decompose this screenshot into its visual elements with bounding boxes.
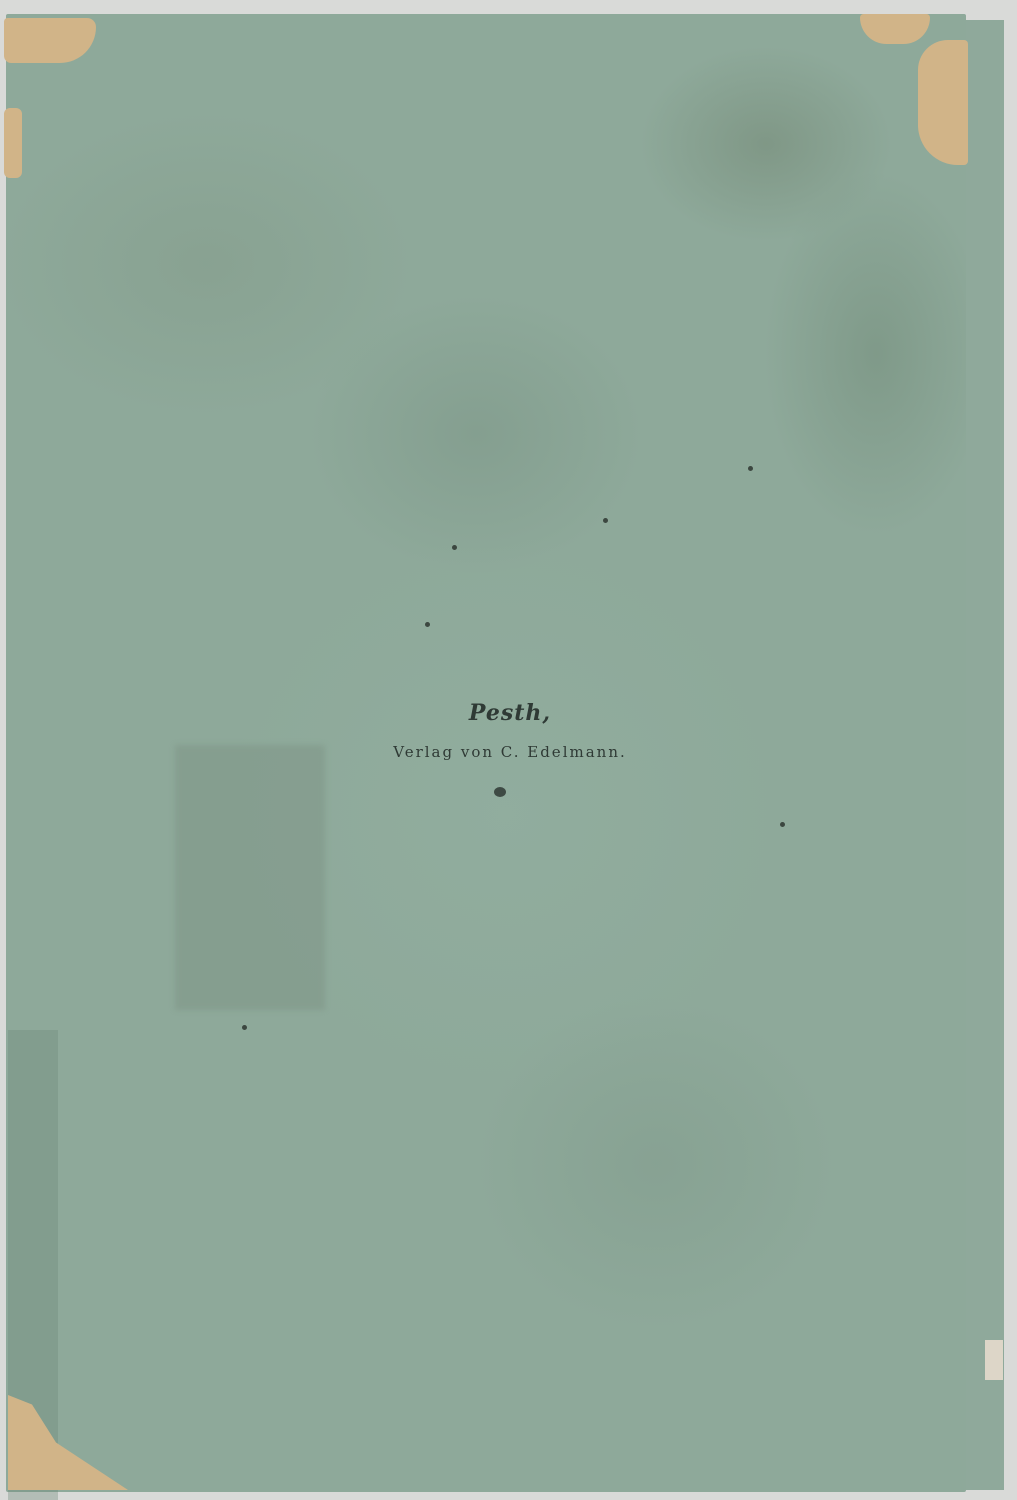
torn-spine-bottom <box>985 1340 1003 1380</box>
imprint-publisher: Verlag von C. Edelmann. <box>380 743 640 761</box>
spot <box>425 622 430 627</box>
spot <box>748 466 753 471</box>
spot <box>242 1025 247 1030</box>
torn-corner-top-right <box>918 40 968 165</box>
imprint-place: Pesth, <box>380 700 640 726</box>
ornament-icon <box>494 787 506 797</box>
stain <box>175 745 325 1010</box>
torn-edge-left <box>4 108 22 178</box>
spot <box>603 518 608 523</box>
spot <box>452 545 457 550</box>
spot <box>780 822 785 827</box>
